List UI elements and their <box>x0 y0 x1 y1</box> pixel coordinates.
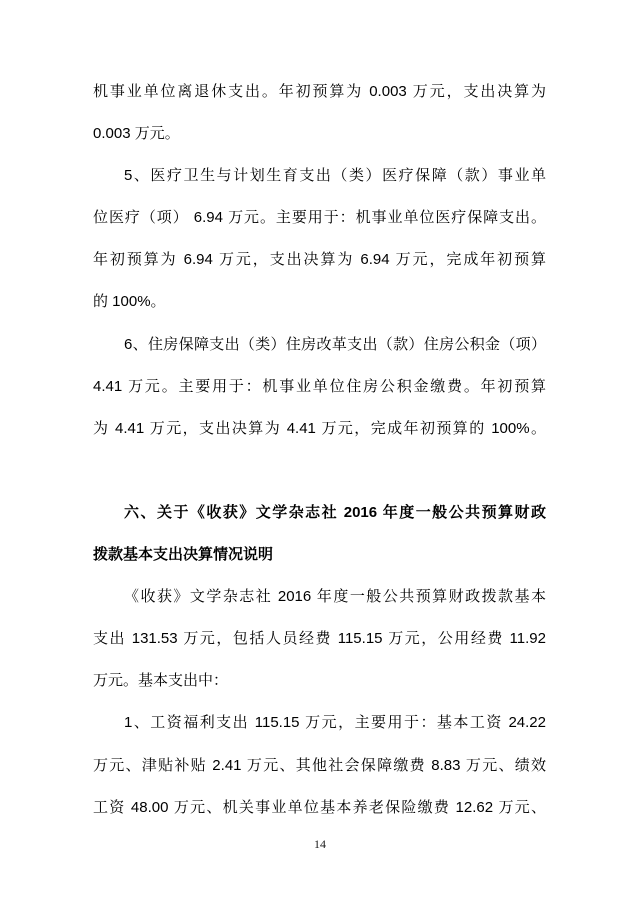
text-line: 《收获》文学杂志社 2016 年度一般公共预算财政拨款基本 <box>93 576 546 618</box>
text-line: 万元。基本支出中： <box>93 660 546 702</box>
text-line: 为 4.41 万元，支出决算为 4.41 万元，完成年初预算的 100%。 <box>93 408 546 450</box>
text-line: 机事业单位离退休支出。年初预算为 0.003 万元，支出决算为 <box>93 71 546 113</box>
text-line: 年初预算为 6.94 万元，支出决算为 6.94 万元，完成年初预算 <box>93 239 546 281</box>
text-line: 支出 131.53 万元，包括人员经费 115.15 万元，公用经费 11.92 <box>93 618 546 660</box>
text-line: 位医疗（项） 6.94 万元。主要用于：机事业单位医疗保障支出。 <box>93 197 546 239</box>
text-line: 拨款基本支出决算情况说明 <box>93 534 546 576</box>
text-line: 0.003 万元。 <box>93 113 546 155</box>
text-line: 5、医疗卫生与计划生育支出（类）医疗保障（款）事业单 <box>93 155 546 197</box>
text-line: 六、关于《收获》文学杂志社 2016 年度一般公共预算财政 <box>93 492 546 534</box>
text-line: 1、工资福利支出 115.15 万元，主要用于：基本工资 24.22 <box>93 702 546 744</box>
text-line: 6、住房保障支出（类）住房改革支出（款）住房公积金（项） <box>93 324 546 366</box>
text-line: 工资 48.00 万元、机关事业单位基本养老保险缴费 12.62 万元、 <box>93 787 546 829</box>
text-line: 的 100%。 <box>93 281 546 323</box>
document-page: 机事业单位离退休支出。年初预算为 0.003 万元，支出决算为0.003 万元。… <box>0 0 640 905</box>
blank-line <box>93 450 546 492</box>
page-number: 14 <box>0 837 640 852</box>
text-line: 万元、津贴补贴 2.41 万元、其他社会保障缴费 8.83 万元、绩效 <box>93 745 546 787</box>
document-body: 机事业单位离退休支出。年初预算为 0.003 万元，支出决算为0.003 万元。… <box>93 71 546 829</box>
text-line: 4.41 万元。主要用于：机事业单位住房公积金缴费。年初预算 <box>93 366 546 408</box>
